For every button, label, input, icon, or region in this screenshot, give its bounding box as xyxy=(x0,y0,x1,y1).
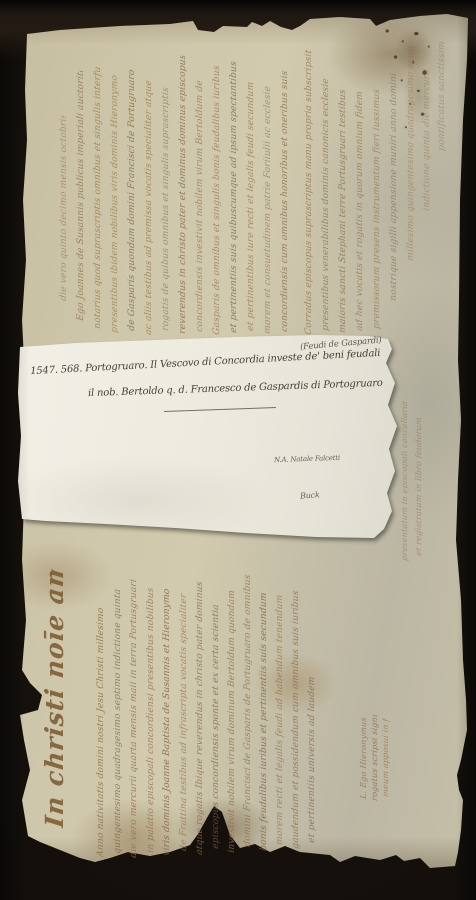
photo-backdrop: die vero quinto decimo mensis octobris i… xyxy=(0,0,476,900)
handwriting-line: millesimo quingentesimo quadragesimo sep… xyxy=(405,45,418,262)
handwriting-line: viris dominis Joanne Baptista de Susanni… xyxy=(161,565,174,857)
handwriting-line: presentibus venerabilibus dominis canoni… xyxy=(320,50,333,332)
handwriting-line: gaudendum et possidendum cum omnibus sui… xyxy=(290,568,303,850)
handwriting-line: Anno nativitatis domini nostri Jesu Chri… xyxy=(95,566,108,858)
handwriting-line: reverendus in christo pater et dominus d… xyxy=(177,55,190,335)
handwriting-line: concordiensis investivit nobilem virum B… xyxy=(194,55,207,333)
handwriting-line: atque rogatis Ibique reverendus in chris… xyxy=(194,566,207,856)
handwriting-line: et pertinentiis suis quibuscumque ad ips… xyxy=(228,54,241,334)
handwriting-line: domini Francisci de Gasparis de Portugru… xyxy=(242,566,255,848)
handwriting-line: de Frattina testibus ad infrascripta voc… xyxy=(178,565,191,852)
handwriting-line: episcopus concordiensis sponte et ex cer… xyxy=(210,566,223,850)
handwriting-line: indictione quinta die mercurii xyxy=(421,45,434,212)
handwriting-line: ad hec vocatis et rogatis in quorum omni… xyxy=(354,48,367,332)
handwriting-line: nostrique sigilli appensione muniri anno… xyxy=(388,50,401,302)
handwriting-line: investivit nobilem virum dominum Bertold… xyxy=(226,567,239,854)
handwriting-line: ac aliis testibus ad premissa vocatis sp… xyxy=(143,59,156,336)
invocation-heading: In christi noīe amē xyxy=(40,568,72,829)
handwriting-line: in palatio episcopali concordiensi prese… xyxy=(145,564,158,854)
handwriting-line: die vero quinto decimo mensis octobris i… xyxy=(58,115,71,302)
handwriting-line: quingentesimo quadragesimo septimo indic… xyxy=(112,565,125,855)
handwriting-line: concordiensis cum omnibus honoribus et o… xyxy=(279,53,292,333)
handwriting-line: bonis feudalibus iuribus et pertinentiis… xyxy=(258,567,271,852)
handwriting-line: Gasparis de omnibus et singulis bonis fe… xyxy=(211,54,224,336)
handwriting-line: meum apposui in fidem xyxy=(380,718,393,798)
handwriting-line: morem recti et legalis feudi ad habendum… xyxy=(274,566,287,846)
handwriting-line: rogatis de quibus omnibus et singulis su… xyxy=(160,58,173,332)
handwriting-line: presentibus ibidem nobilibus viris domin… xyxy=(109,62,122,334)
handwriting-line: et registratum in libro feudorum xyxy=(413,370,426,557)
handwriting-line: notarius quod suprascriptis omnibus et s… xyxy=(92,66,105,330)
handwriting-line: et pertinentibus iure recti et legalis f… xyxy=(245,55,258,332)
handwriting-line: Ego Joannes de Susannis publicus imperia… xyxy=(75,70,88,322)
handwriting-line: Corradus episcopus suprascriptus manu pr… xyxy=(303,49,316,336)
handwriting-line: maioris sancti Stephani terre Portusgrua… xyxy=(337,47,350,334)
handwriting-line: die vero mercurii quarta mensis maii in … xyxy=(128,565,141,859)
handwriting-line: morem et consuetudinem patrie Foriiulii … xyxy=(262,53,275,335)
handwriting-line: pontificatus sanctissimi xyxy=(436,40,449,152)
archival-label-slip: (Feudi de Gaspardi) 1547. 568. Portogrua… xyxy=(16,331,414,543)
handwriting-line: de Gasparis quondam domini Francisci de … xyxy=(126,62,139,332)
handwriting-line: premissorum presens instrumentum fieri i… xyxy=(371,48,384,330)
slip-bottom-word: Buck xyxy=(300,490,320,500)
handwriting-line: et pertinentiis universis ad laudem xyxy=(306,570,319,844)
